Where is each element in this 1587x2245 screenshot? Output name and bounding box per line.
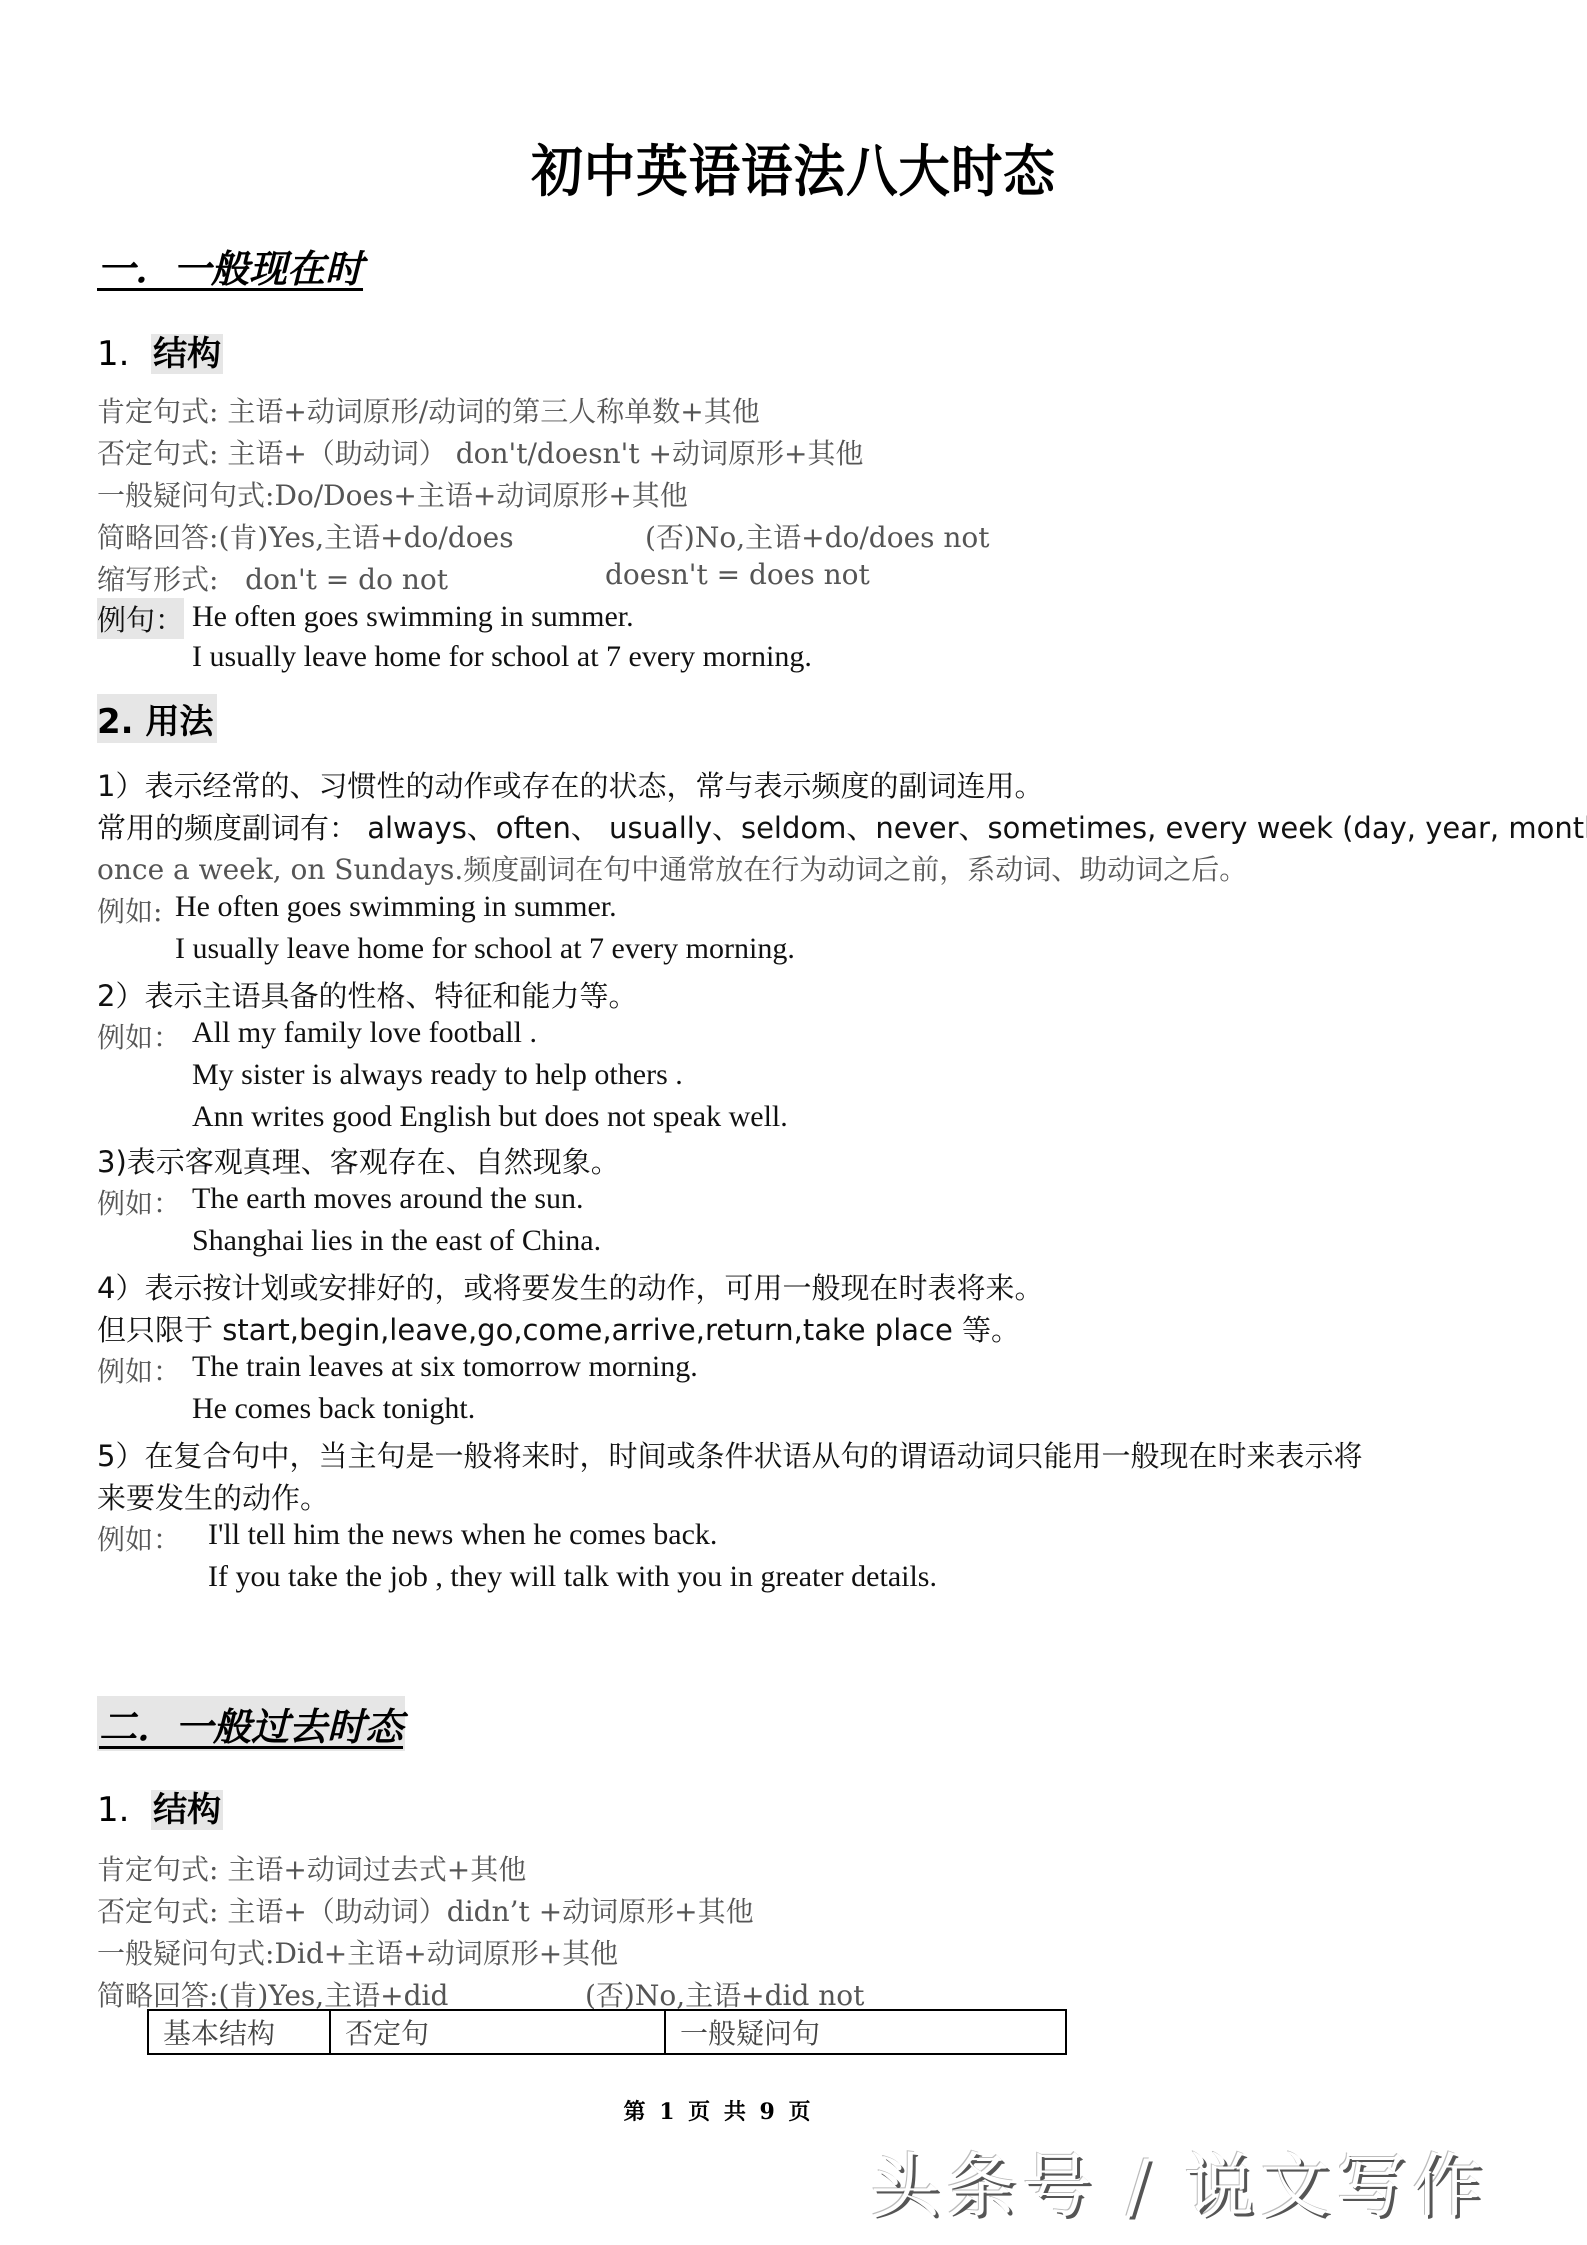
- example-label: 例如:: [97, 890, 162, 930]
- example-sentence: He often goes swimming in summer.: [175, 890, 617, 924]
- table-header-cell: 基本结构: [149, 2011, 329, 2053]
- document-title: 初中英语语法八大时态: [63, 128, 1523, 208]
- structure-line-negative: 否定句式: 主语+（助动词）didn’t +动词原形+其他: [97, 1890, 754, 1930]
- section-heading-simple-past: 二．一般过去时态: [97, 1696, 405, 1751]
- example-label: 例如：: [97, 1016, 181, 1056]
- section-heading-simple-present: 一．一般现在时: [97, 238, 363, 293]
- watermark: 头条号 / 说文写作: [870, 2130, 1488, 2231]
- example-label: 例句：: [97, 598, 184, 639]
- page-footer: 第 1 页 共 9 页: [0, 2095, 1512, 2126]
- subheading-usage: 2. 用法: [97, 694, 217, 743]
- example-sentence: The train leaves at six tomorrow morning…: [192, 1350, 698, 1384]
- example-sentence: I'll tell him the news when he comes bac…: [208, 1518, 717, 1552]
- table-header-cell: 一般疑问句: [664, 2011, 1065, 2053]
- table-header-cell: 否定句: [329, 2011, 664, 2053]
- example-sentence: He often goes swimming in summer.: [192, 600, 634, 634]
- subheading-number: 1.: [97, 334, 129, 374]
- example-label: 例如：: [97, 1518, 181, 1558]
- subheading-structure: 1. 结构: [97, 326, 223, 375]
- example-sentence: If you take the job , they will talk wit…: [208, 1560, 937, 1594]
- structure-line-short-answer: 简略回答:(肯)Yes,主语+did: [97, 1974, 448, 2014]
- structure-line-short-answer: 简略回答:(肯)Yes,主语+do/does: [97, 516, 514, 556]
- example-sentence: Ann writes good English but does not spe…: [192, 1100, 788, 1134]
- usage-item-2-title: 2）表示主语具备的性格、特征和能力等。: [97, 974, 637, 1015]
- structure-line-short-answer-negative: (否)No,主语+do/does not: [645, 516, 990, 556]
- usage-item-5-title-cont: 来要发生的动作。: [97, 1476, 329, 1517]
- usage-item-4-note: 但只限于 start,begin,leave,go,come,arrive,re…: [97, 1308, 1020, 1349]
- subheading-structure: 1. 结构: [97, 1782, 223, 1831]
- usage-item-1-note: once a week, on Sundays.频度副词在句中通常放在行为动词之…: [97, 848, 1247, 888]
- usage-item-5-title: 5）在复合句中，当主句是一般将来时，时间或条件状语从句的谓语动词只能用一般现在时…: [97, 1434, 1362, 1475]
- structure-line-affirmative: 肯定句式: 主语+动词过去式+其他: [97, 1848, 526, 1888]
- example-sentence: He comes back tonight.: [192, 1392, 475, 1426]
- subheading-label: 结构: [151, 334, 223, 374]
- structure-line-short-answer-negative: (否)No,主语+did not: [585, 1974, 864, 2014]
- structure-line-question: 一般疑问句式:Did+主语+动词原形+其他: [97, 1932, 618, 1972]
- structure-line-contraction: 缩写形式: don't = do not: [97, 558, 448, 598]
- example-label: 例如：: [97, 1350, 181, 1390]
- usage-item-1-note: 常用的频度副词有： always、often、 usually、seldom、n…: [97, 806, 1587, 847]
- example-sentence: Shanghai lies in the east of China.: [192, 1224, 601, 1258]
- structure-line-negative: 否定句式: 主语+（助动词） don't/doesn't +动词原形+其他: [97, 432, 863, 472]
- usage-item-1-title: 1）表示经常的、习惯性的动作或存在的状态，常与表示频度的副词连用。: [97, 764, 1043, 805]
- usage-item-3-title: 3)表示客观真理、客观存在、自然现象。: [97, 1140, 620, 1181]
- usage-item-4-title: 4）表示按计划或安排好的，或将要发生的动作，可用一般现在时表将来。: [97, 1266, 1043, 1307]
- structure-table: 基本结构 否定句 一般疑问句: [147, 2009, 1067, 2055]
- example-label: 例如：: [97, 1182, 181, 1222]
- structure-line-affirmative: 肯定句式: 主语+动词原形/动词的第三人称单数+其他: [97, 390, 760, 430]
- example-sentence: I usually leave home for school at 7 eve…: [175, 932, 795, 966]
- subheading-number: 1.: [97, 1790, 129, 1830]
- example-sentence: The earth moves around the sun.: [192, 1182, 584, 1216]
- structure-line-contraction-2: doesn't = does not: [605, 558, 870, 591]
- example-sentence: My sister is always ready to help others…: [192, 1058, 683, 1092]
- subheading-label: 结构: [151, 1790, 223, 1830]
- structure-line-question: 一般疑问句式:Do/Does+主语+动词原形+其他: [97, 474, 688, 514]
- document-page: 初中英语语法八大时态 一．一般现在时 1. 结构 肯定句式: 主语+动词原形/动…: [0, 0, 1587, 2245]
- example-sentence: I usually leave home for school at 7 eve…: [192, 640, 812, 674]
- example-sentence: All my family love football .: [192, 1016, 537, 1050]
